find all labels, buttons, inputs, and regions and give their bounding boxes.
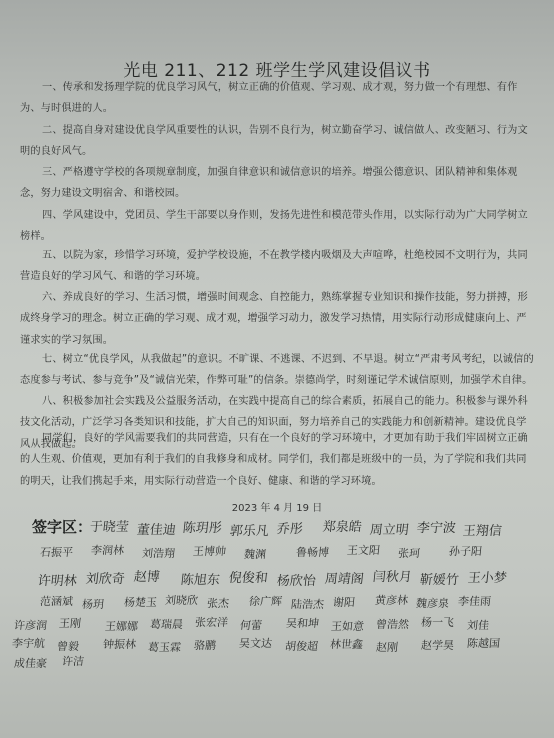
signature: 杨楚玉: [123, 594, 158, 610]
signature: 闫秋月: [372, 566, 413, 585]
signature: 葛瑞晨: [149, 616, 184, 632]
signature: 黄彦林: [374, 592, 409, 608]
signature: 赵博: [133, 566, 161, 585]
paragraph-5: 五、以院为家，珍惜学习环境，爱护学校设施，不在教学楼内吸烟及大声喧哗，杜绝校园不…: [20, 245, 536, 288]
signature: 董佳迪: [136, 519, 177, 538]
signature: 张宏洋: [194, 614, 229, 630]
signature: 曾毅: [57, 638, 81, 654]
signature: 钟振林: [102, 636, 137, 652]
signature: 赵刚: [375, 639, 399, 655]
signature: 郭乐凡: [229, 520, 270, 539]
signature: 陈玥彤: [182, 517, 223, 536]
paragraph-1: 一、传承和发扬理学院的优良学习风气，树立正确的价值观、学习观、成才观，努力做一个…: [20, 77, 536, 120]
paragraph-7: 七、树立“优良学风，从我做起”的意识。不旷课、不逃课、不迟到、不早退。树立“严肃…: [20, 349, 536, 392]
signature: 李宇航: [11, 635, 46, 651]
signature: 张杰: [206, 595, 230, 611]
signature: 杨玥: [81, 596, 105, 612]
signature: 许彦润: [13, 617, 48, 633]
signature-label: 签字区：: [32, 516, 92, 537]
signature: 王小梦: [467, 567, 508, 586]
signature: 曾浩然: [375, 616, 410, 632]
signature: 林世鑫: [329, 636, 364, 652]
signature: 魏渊: [244, 546, 268, 562]
signature: 杨一飞: [421, 614, 456, 630]
signature: 吴文达: [238, 635, 273, 651]
signature: 赵学昊: [420, 637, 455, 653]
paragraph-closing: 同学们，良好的学风需要我们的共同营造，只有在一个良好的学习环境中，才更加有助于我…: [20, 428, 536, 492]
signature: 陆浩杰: [290, 596, 325, 612]
signature: 王翔信: [462, 520, 503, 539]
signature: 陈旭东: [180, 569, 221, 588]
paragraph-3: 三、严格遵守学校的各项规章制度，加强自律意识和诚信意识的培养。增强公德意识、团队…: [20, 162, 536, 205]
signature: 范涵斌: [39, 593, 74, 609]
signature: 刘欣奇: [85, 568, 126, 587]
signature: 王如意: [330, 618, 365, 634]
signature: 周靖阁: [324, 568, 365, 587]
signature: 靳媛竹: [419, 569, 460, 588]
paragraph-6: 六、养成良好的学习、生活习惯，增强时间观念、自控能力，熟练掌握专业知识和操作技能…: [20, 287, 536, 351]
signature: 刘晓欣: [165, 592, 200, 608]
signature: 葛玉霖: [148, 639, 183, 655]
signature: 周立明: [369, 519, 410, 538]
signature: 骆鹏: [193, 637, 217, 653]
signature: 李润林: [90, 542, 125, 558]
signature: 张珂: [397, 545, 421, 561]
signature: 郑泉皓: [322, 516, 363, 535]
document-date: 2023 年 4 月 19 日: [0, 499, 554, 514]
signature: 魏彦泉: [416, 595, 451, 611]
signature: 孙子阳: [448, 543, 483, 559]
signature: 杨欣怡: [276, 570, 317, 589]
paragraph-2: 二、提高自身对建设优良学风重要性的认识，告别不良行为，树立勤奋学习、诚信做人、改…: [20, 120, 536, 163]
signature: 许明林: [37, 570, 78, 589]
signature: 许洁: [61, 653, 85, 669]
signature: 何蕾: [240, 617, 264, 633]
signature: 胡俊超: [284, 638, 319, 654]
signature: 石振平: [39, 544, 74, 560]
signature: 徐广辉: [248, 593, 283, 609]
signature: 王刚: [58, 615, 82, 631]
signature: 李佳雨: [457, 593, 492, 609]
signature: 王文阳: [346, 542, 381, 558]
signature: 于晓莹: [89, 516, 130, 535]
signature: 倪俊和: [228, 567, 269, 586]
signature: 谢阳: [332, 594, 356, 610]
document-page: 光电 211、212 班学生学风建设倡议书 一、传承和发扬理学院的优良学习风气，…: [0, 0, 554, 738]
signature: 李宁波: [416, 517, 457, 536]
paragraph-4: 四、学风建设中，党团员、学生干部要以身作则，发扬先进性和模范带头作用，以实际行动…: [20, 205, 536, 248]
signature: 王娜娜: [104, 618, 139, 634]
signature: 刘浩翔: [141, 545, 176, 561]
signature: 刘佳: [466, 617, 490, 633]
signature: 鲁畅博: [295, 544, 330, 560]
signature: 陈越国: [466, 635, 501, 651]
signature: 成佳豪: [13, 655, 48, 671]
signature: 吴和坤: [285, 615, 320, 631]
signature: 王博帅: [192, 543, 227, 559]
signature: 乔彤: [276, 518, 304, 537]
